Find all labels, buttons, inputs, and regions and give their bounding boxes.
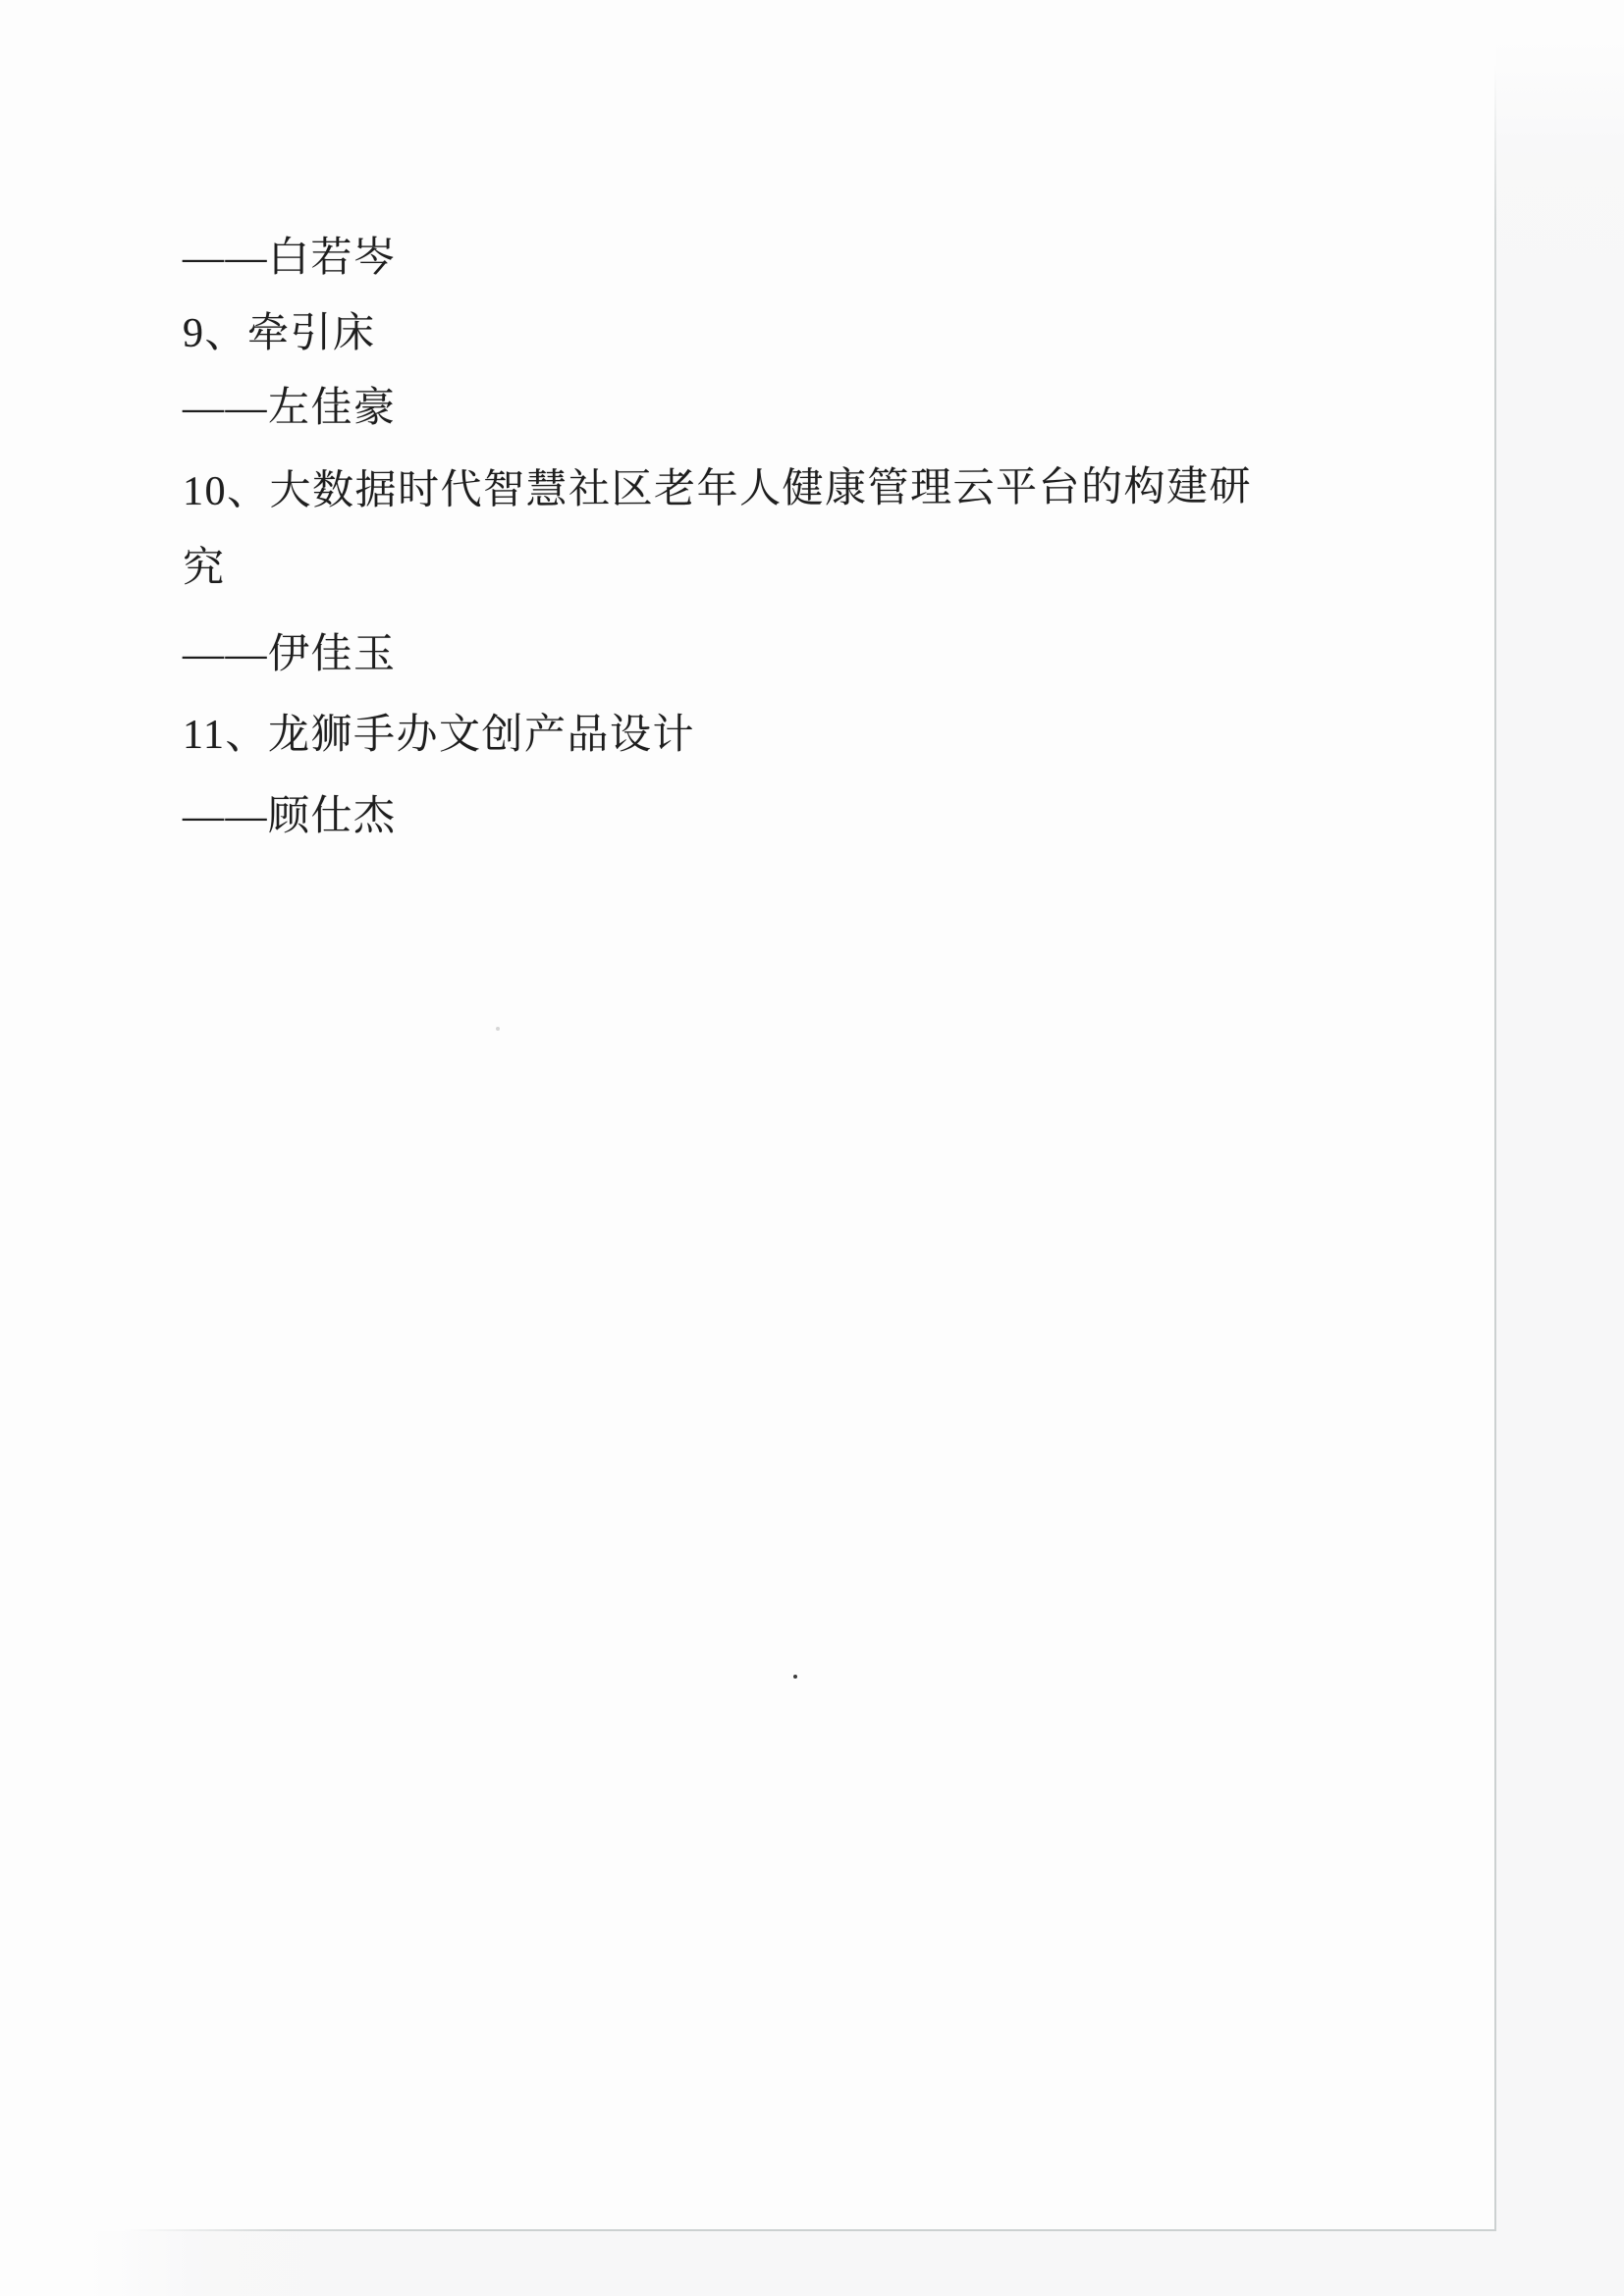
document-line: ——左佳豪	[183, 365, 397, 444]
document-line: 9、牵引床	[183, 291, 376, 369]
document-line: ——白若岑	[183, 215, 397, 294]
document-line: 11、龙狮手办文创产品设计	[183, 692, 695, 771]
document-line: 究	[183, 525, 226, 604]
scanner-background-bottom	[88, 2231, 1624, 2296]
document-line: ——顾仕杰	[183, 774, 397, 852]
paper-edge-right	[1494, 65, 1496, 2231]
scan-speck	[496, 1027, 500, 1031]
paper-edge-bottom	[124, 2229, 1496, 2231]
document-line: 10、大数据时代智慧社区老年人健康管理云平台的构建研	[183, 444, 1252, 527]
document-line: ——伊佳玉	[183, 612, 397, 690]
scanner-background-right	[1496, 39, 1624, 2296]
scanned-page: ——白若岑 9、牵引床 ——左佳豪 10、大数据时代智慧社区老年人健康管理云平台…	[0, 0, 1624, 2296]
scan-speck	[793, 1675, 797, 1679]
